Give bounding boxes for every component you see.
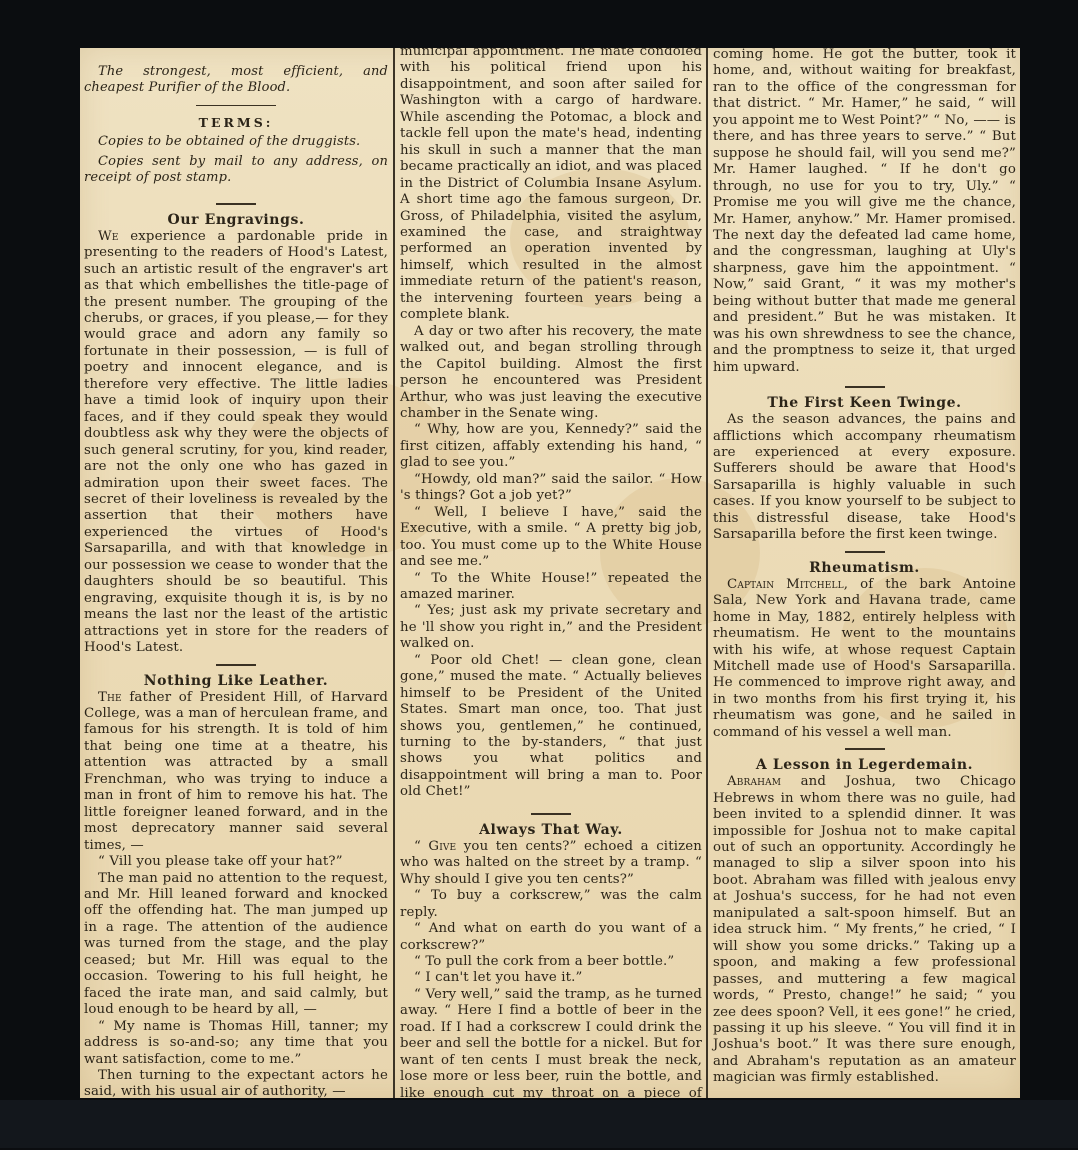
article-heading-our-engravings: Our Engravings. xyxy=(84,211,388,229)
divider-rule xyxy=(216,203,256,205)
column-divider xyxy=(706,48,708,1098)
newspaper-clipping: The strongest, most efficient, and cheap… xyxy=(80,48,1020,1098)
article-paragraph: “ Yes; just ask my private secretary and… xyxy=(400,603,702,652)
column-divider xyxy=(393,48,395,1098)
article-paragraph: “ To the White House!” repeated the amaz… xyxy=(400,571,702,604)
divider-rule xyxy=(531,813,571,815)
divider-rule xyxy=(845,551,885,553)
article-paragraph: municipal appointment. The mate condoled… xyxy=(400,48,702,324)
column-3: coming home. He got the butter, took it … xyxy=(709,48,1020,1098)
divider-rule xyxy=(845,748,885,750)
scanner-bed-strip xyxy=(0,1100,1078,1148)
article-paragraph: “ And what on earth do you want of a cor… xyxy=(400,921,702,954)
article-paragraph: The man paid no attention to the request… xyxy=(84,871,388,1019)
article-paragraph: coming home. He got the butter, took it … xyxy=(713,48,1016,376)
article-paragraph: A day or two after his recovery, the mat… xyxy=(400,324,702,423)
terms-heading: TERMS: xyxy=(84,114,388,132)
terms-line-2: Copies sent by mail to any address, on r… xyxy=(84,154,388,187)
article-paragraph: “ My name is Thomas Hill, tanner; my add… xyxy=(84,1019,388,1068)
article-heading-nothing-like-leather: Nothing Like Leather. xyxy=(84,672,388,690)
article-paragraph: Abraham and Joshua, two Chicago Hebrews … xyxy=(713,774,1016,1087)
article-paragraph: Then turning to the expectant actors he … xyxy=(84,1068,388,1098)
divider-rule xyxy=(845,386,885,388)
article-paragraph: “ I can't let you have it.” xyxy=(400,970,702,986)
article-paragraph: “ Poor old Chet! — clean gone, clean gon… xyxy=(400,653,702,801)
article-paragraph: “ To buy a corkscrew,” was the calm repl… xyxy=(400,888,702,921)
article-paragraph: “Howdy, old man?” said the sailor. “ How… xyxy=(400,472,702,505)
article-paragraph: “ Very well,” said the tramp, as he turn… xyxy=(400,987,702,1098)
article-paragraph: “ Vill you please take off your hat?” xyxy=(84,854,388,870)
article-paragraph: “ Well, I believe I have,” said the Exec… xyxy=(400,505,702,571)
article-paragraph: “ Give you ten cents?” echoed a citizen … xyxy=(400,839,702,888)
column-1: The strongest, most efficient, and cheap… xyxy=(80,48,392,1098)
article-heading-always-that-way: Always That Way. xyxy=(400,821,702,839)
article-heading-first-keen-twinge: The First Keen Twinge. xyxy=(713,394,1016,412)
divider-rule xyxy=(196,105,276,107)
article-paragraph: “ To pull the cork from a beer bottle.” xyxy=(400,954,702,970)
divider-rule xyxy=(216,664,256,666)
article-paragraph: As the season advances, the pains and af… xyxy=(713,412,1016,544)
article-heading-lesson-in-legerdemain: A Lesson in Legerdemain. xyxy=(713,756,1016,774)
article-paragraph: We experience a pardonable pride in pres… xyxy=(84,229,388,657)
article-paragraph: The father of President Hill, of Harvard… xyxy=(84,690,388,855)
column-2: municipal appointment. The mate condoled… xyxy=(396,48,706,1098)
article-heading-rheumatism: Rheumatism. xyxy=(713,559,1016,577)
tagline: The strongest, most efficient, and cheap… xyxy=(84,64,388,97)
terms-line-1: Copies to be obtained of the druggists. xyxy=(84,134,388,150)
article-paragraph: Captain Mitchell, of the bark Antoine Sa… xyxy=(713,577,1016,742)
article-paragraph: “ Why, how are you, Kennedy?” said the f… xyxy=(400,422,702,471)
